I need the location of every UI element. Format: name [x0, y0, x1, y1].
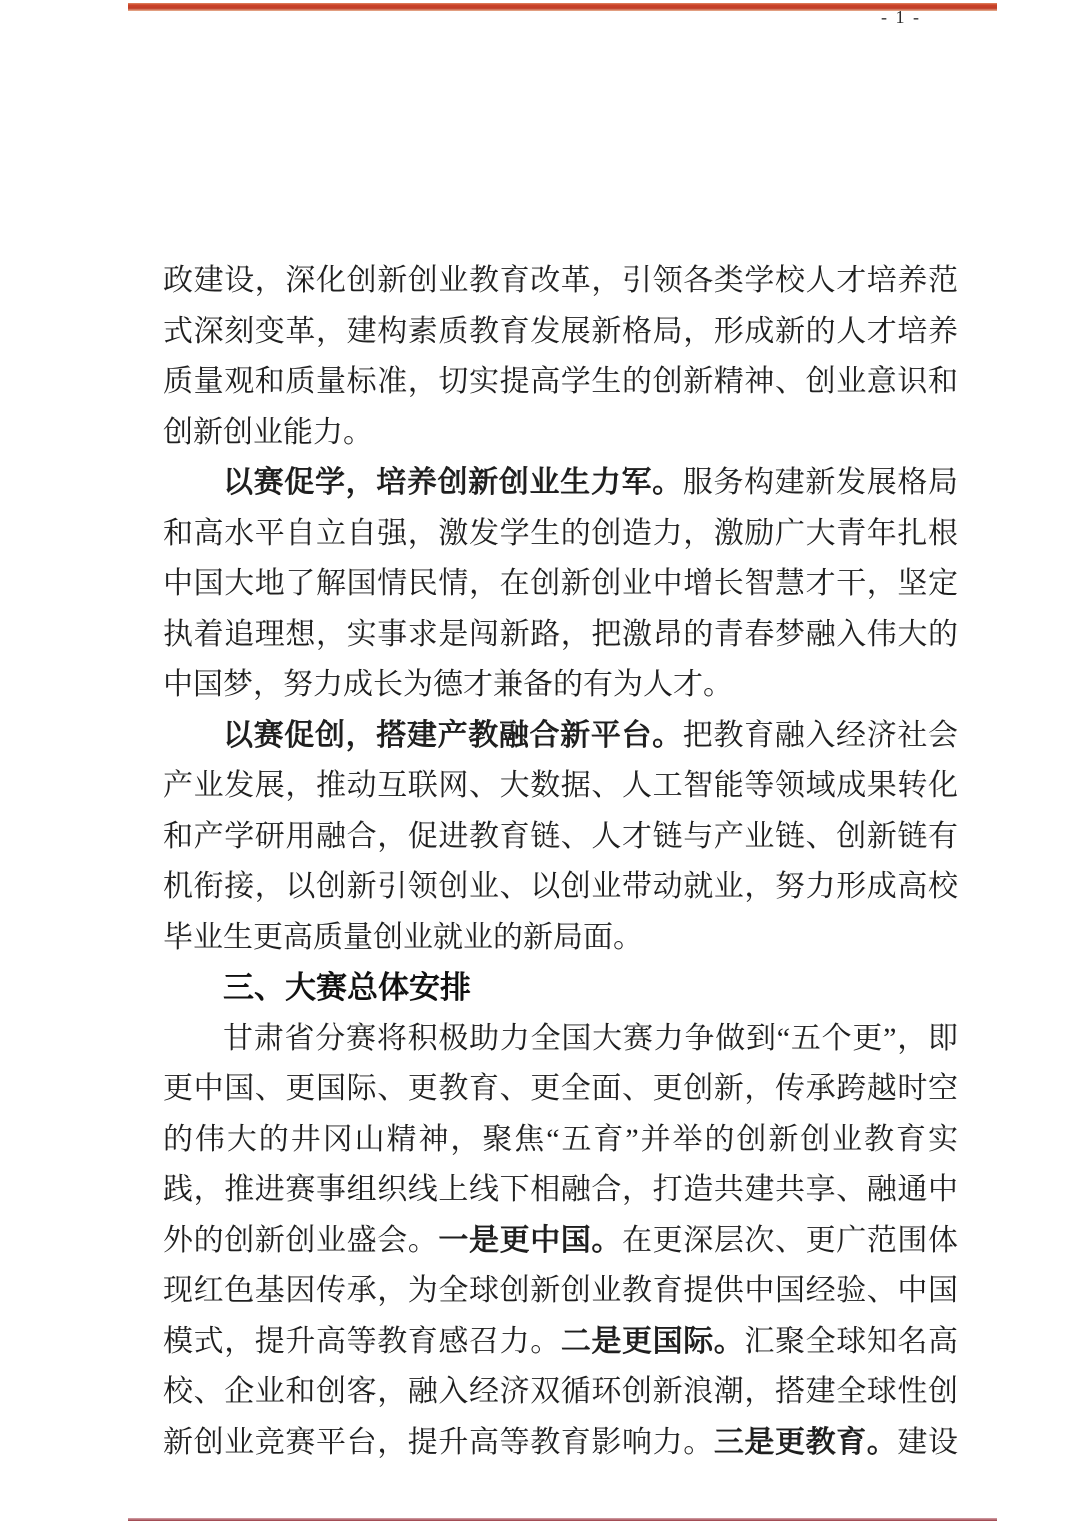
text-segment: 机衔接，以创新引领创业、以创业带动就业，努力形成高校 — [163, 870, 958, 903]
text-line: 以赛促学，培养创新创业生力军。服务构建新发展格局 — [163, 458, 958, 509]
text-segment: 质量观和质量标准，切实提高学生的创新精神、创业意识和 — [163, 365, 958, 398]
text-line: 中国梦，努力成长为德才兼备的有为人才。 — [163, 660, 958, 711]
text-segment: 式深刻变革，建构素质教育发展新格局，形成新的人才培养 — [163, 315, 958, 348]
text-segment: 在更深层次、更广范围体 — [622, 1224, 958, 1257]
text-line: 毕业生更高质量创业就业的新局面。 — [163, 913, 958, 964]
text-segment: 更中国、更国际、更教育、更全面、更创新，传承跨越时空 — [163, 1072, 958, 1105]
text-line: 模式，提升高等教育感召力。二是更国际。汇聚全球知名高 — [163, 1317, 958, 1368]
text-line: 产业发展，推动互联网、大数据、人工智能等领域成果转化 — [163, 761, 958, 812]
text-segment: 甘肃省分赛将积极助力全国大赛力争做到“五个更”，即 — [223, 1022, 958, 1055]
section-heading: 三、大赛总体安排 — [163, 963, 958, 1014]
text-segment: 把教育融入经济社会 — [683, 719, 958, 752]
text-segment: 模式，提升高等教育感召力。 — [163, 1325, 561, 1358]
text-segment: 执着追理想，实事求是闯新路，把激昂的青春梦融入伟大的 — [163, 618, 958, 651]
text-segment: 毕业生更高质量创业就业的新局面。 — [163, 921, 643, 954]
text-segment: 创新创业能力。 — [163, 416, 373, 449]
text-segment: 三是更教育。 — [714, 1426, 898, 1459]
text-segment: 外的创新创业盛会。 — [163, 1224, 438, 1257]
text-line: 和高水平自立自强，激发学生的创造力，激励广大青年扎根 — [163, 509, 958, 560]
text-line: 执着追理想，实事求是闯新路，把激昂的青春梦融入伟大的 — [163, 610, 958, 661]
text-line: 质量观和质量标准，切实提高学生的创新精神、创业意识和 — [163, 357, 958, 408]
text-segment: 三、大赛总体安排 — [223, 970, 471, 1005]
text-line: 和产学研用融合，促进教育链、人才链与产业链、创新链有 — [163, 812, 958, 863]
text-line: 新创业竞赛平台，提升高等教育影响力。三是更教育。建设 — [163, 1418, 958, 1469]
text-line: 以赛促创，搭建产教融合新平台。把教育融入经济社会 — [163, 711, 958, 762]
text-segment: 以赛促创，搭建产教融合新平台。 — [223, 719, 683, 752]
text-line: 式深刻变革，建构素质教育发展新格局，形成新的人才培养 — [163, 307, 958, 358]
text-line: 践，推进赛事组织线上线下相融合，打造共建共享、融通中 — [163, 1165, 958, 1216]
text-segment: 的伟大的井冈山精神，聚焦“五育”并举的创新创业教育实 — [163, 1123, 958, 1156]
text-line: 政建设，深化创新创业教育改革，引领各类学校人才培养范 — [163, 256, 958, 307]
text-segment: 一是更中国。 — [438, 1224, 622, 1257]
text-segment: 新创业竞赛平台，提升高等教育影响力。 — [163, 1426, 714, 1459]
text-segment: 二是更国际。 — [561, 1325, 745, 1358]
text-segment: 政建设，深化创新创业教育改革，引领各类学校人才培养范 — [163, 264, 958, 297]
text-segment: 中国大地了解国情民情，在创新创业中增长智慧才干，坚定 — [163, 567, 958, 600]
text-segment: 践，推进赛事组织线上线下相融合，打造共建共享、融通中 — [163, 1173, 958, 1206]
text-line: 创新创业能力。 — [163, 408, 958, 459]
footer-rule — [128, 1518, 997, 1521]
text-line: 外的创新创业盛会。一是更中国。在更深层次、更广范围体 — [163, 1216, 958, 1267]
text-line: 中国大地了解国情民情，在创新创业中增长智慧才干，坚定 — [163, 559, 958, 610]
text-segment: 中国梦，努力成长为德才兼备的有为人才。 — [163, 668, 733, 701]
text-segment: 现红色基因传承，为全球创新创业教育提供中国经验、中国 — [163, 1274, 958, 1307]
text-segment: 汇聚全球知名高 — [744, 1325, 958, 1358]
document-body: 政建设，深化创新创业教育改革，引领各类学校人才培养范式深刻变革，建构素质教育发展… — [163, 256, 958, 1468]
page-number: - 1 - — [845, 7, 957, 28]
text-segment: 和产学研用融合，促进教育链、人才链与产业链、创新链有 — [163, 820, 958, 853]
text-line: 更中国、更国际、更教育、更全面、更创新，传承跨越时空 — [163, 1064, 958, 1115]
text-segment: 服务构建新发展格局 — [683, 466, 958, 499]
text-line: 的伟大的井冈山精神，聚焦“五育”并举的创新创业教育实 — [163, 1115, 958, 1166]
text-line: 机衔接，以创新引领创业、以创业带动就业，努力形成高校 — [163, 862, 958, 913]
text-segment: 以赛促学，培养创新创业生力军。 — [223, 466, 683, 499]
document-page: - 1 - 政建设，深化创新创业教育改革，引领各类学校人才培养范式深刻变革，建构… — [0, 0, 1079, 1527]
text-line: 甘肃省分赛将积极助力全国大赛力争做到“五个更”，即 — [163, 1014, 958, 1065]
text-line: 现红色基因传承，为全球创新创业教育提供中国经验、中国 — [163, 1266, 958, 1317]
text-segment: 建设 — [897, 1426, 958, 1459]
text-segment: 校、企业和创客，融入经济双循环创新浪潮，搭建全球性创 — [163, 1375, 958, 1408]
text-line: 校、企业和创客，融入经济双循环创新浪潮，搭建全球性创 — [163, 1367, 958, 1418]
text-segment: 和高水平自立自强，激发学生的创造力，激励广大青年扎根 — [163, 517, 958, 550]
text-segment: 产业发展，推动互联网、大数据、人工智能等领域成果转化 — [163, 769, 958, 802]
